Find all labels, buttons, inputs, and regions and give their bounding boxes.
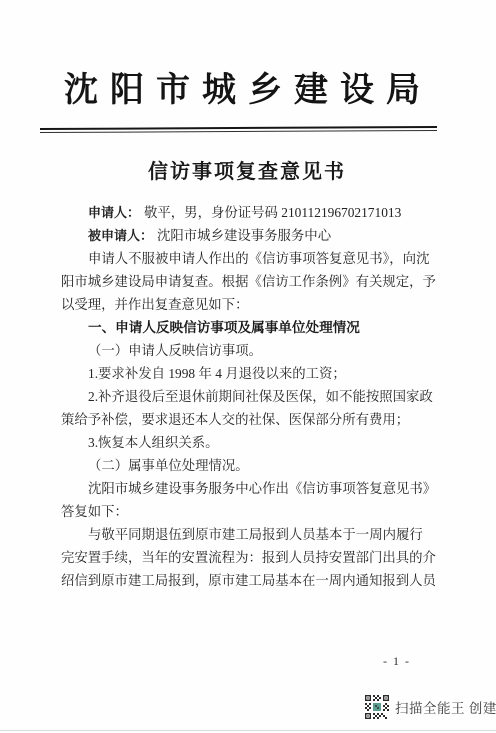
header-divider — [40, 126, 437, 133]
body-line: 2.补齐退役后至退休前期间社保及医保，如不能按照国家政 — [61, 385, 439, 408]
watermark-text: 扫描全能王 创建 — [395, 697, 496, 717]
line-text: 沈阳市城乡建设事务服务中心作出《信访事项答复意见书》 — [88, 481, 436, 496]
body-line: 绍信到原市建工局报到，原市建工局基本在一周内通知报到人员 — [61, 569, 439, 592]
body-line: 完安置手续，当年的安置流程为：报到人员持安置部门出具的介 — [61, 546, 439, 569]
body-line: 一、申请人反映信访事项及属事单位处理情况 — [61, 316, 439, 339]
field-label: 被申请人： — [88, 228, 153, 243]
line-text: 沈阳市城乡建设事务服务中心 — [157, 228, 331, 243]
body-line: （一）申请人反映信访事项。 — [61, 339, 439, 362]
line-text: 策给予补偿，要求退还本人交的社保、医保部分所有费用； — [61, 412, 409, 427]
line-text: 敬平，男，身份证号码 210112196702171013 — [144, 205, 401, 220]
body-line: 申请人不服被申请人作出的《信访事项答复意见书》，向沈 — [61, 247, 439, 270]
field-label: 申请人： — [88, 205, 140, 220]
line-text: 阳市城乡建设局申请复查。根据《信访工作条例》有关规定，予 — [61, 274, 436, 289]
body-line: 1.要求补发自 1998 年 4 月退役以来的工资； — [61, 362, 439, 385]
page-number: - 1 - — [383, 654, 411, 669]
line-text: 答复如下： — [61, 504, 128, 519]
line-text: 绍信到原市建工局报到，原市建工局基本在一周内通知报到人员 — [61, 573, 436, 588]
body-line: 策给予补偿，要求退还本人交的社保、医保部分所有费用； — [61, 408, 439, 431]
document-body: 申请人：敬平，男，身份证号码 210112196702171013被申请人：沈阳… — [61, 201, 439, 592]
line-text: 申请人不服被申请人作出的《信访事项答复意见书》，向沈 — [88, 251, 429, 266]
qr-code-icon — [365, 695, 389, 719]
line-text: （二）属事单位处理情况。 — [88, 458, 249, 473]
body-line: 与敬平同期退伍到原市建工局报到人员基本于一周内履行 — [61, 523, 439, 546]
document-title: 信访事项复查意见书 — [0, 155, 494, 184]
body-line: 答复如下： — [61, 500, 439, 523]
line-text: 一、申请人反映信访事项及属事单位处理情况 — [88, 320, 360, 335]
scanned-document-page: 沈阳市城乡建设局 信访事项复查意见书 申请人：敬平，男，身份证号码 210112… — [0, 0, 496, 733]
line-text: 完安置手续，当年的安置流程为：报到人员持安置部门出具的介 — [61, 550, 436, 565]
line-text: （一）申请人反映信访事项。 — [88, 343, 262, 358]
body-line: 申请人：敬平，男，身份证号码 210112196702171013 — [61, 201, 439, 224]
scanner-watermark: 扫描全能王 创建 — [365, 695, 496, 719]
scan-edge-line — [0, 730, 496, 731]
body-line: 阳市城乡建设局申请复查。根据《信访工作条例》有关规定，予 — [61, 270, 439, 293]
body-line: 3.恢复本人组织关系。 — [61, 431, 439, 454]
line-text: 3.恢复本人组织关系。 — [88, 435, 219, 450]
body-line: （二）属事单位处理情况。 — [61, 454, 439, 477]
line-text: 1.要求补发自 1998 年 4 月退役以来的工资； — [88, 366, 346, 381]
agency-title: 沈阳市城乡建设局 — [0, 62, 496, 111]
line-text: 以受理，并作出复查意见如下： — [61, 297, 248, 312]
body-line: 沈阳市城乡建设事务服务中心作出《信访事项答复意见书》 — [61, 477, 439, 500]
body-line: 以受理，并作出复查意见如下： — [61, 293, 439, 316]
line-text: 与敬平同期退伍到原市建工局报到人员基本于一周内履行 — [88, 527, 423, 542]
line-text: 2.补齐退役后至退休前期间社保及医保，如不能按照国家政 — [88, 389, 433, 404]
body-line: 被申请人：沈阳市城乡建设事务服务中心 — [61, 224, 439, 247]
